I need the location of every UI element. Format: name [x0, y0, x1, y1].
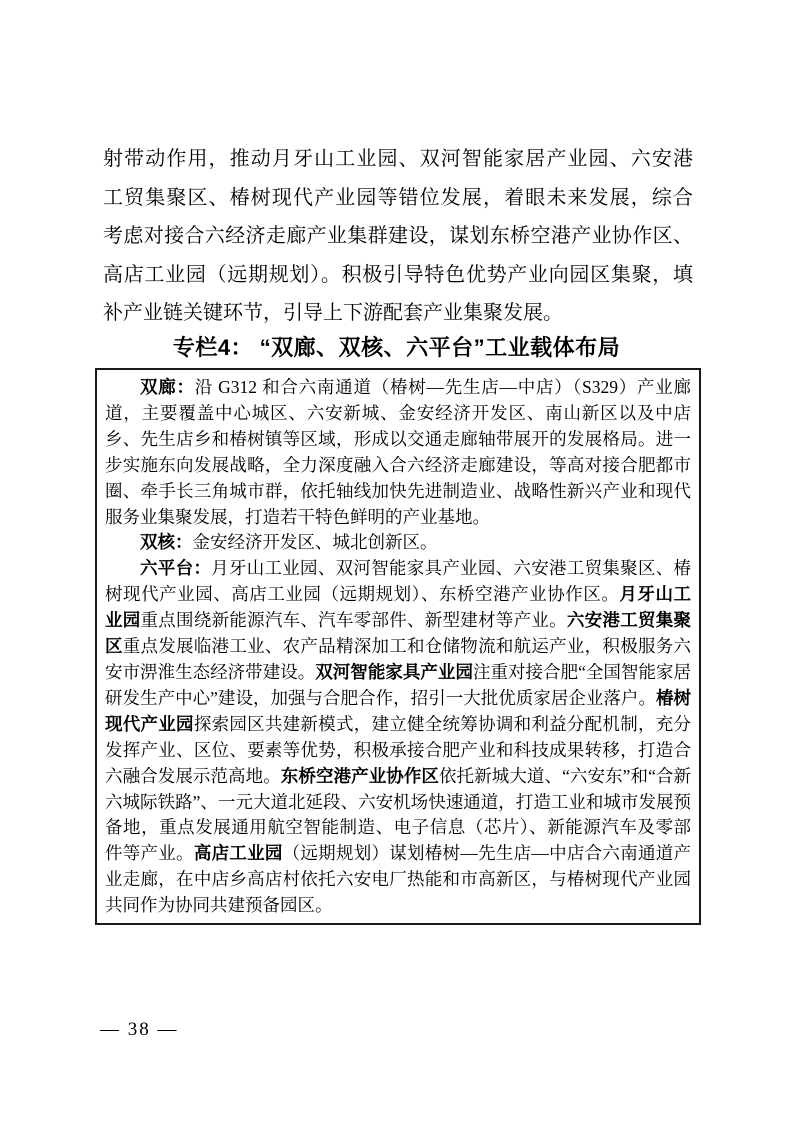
box-paragraph: 双廊：沿 G312 和合六南通道（椿树—先生店—中店）（S329）产业廊道，主要… [105, 375, 691, 530]
text-run: 沿 G312 和合六南通道（椿树—先生店—中店）（S329）产业廊道，主要覆盖中… [105, 377, 691, 527]
bold-term: 双河智能家具产业园 [315, 662, 473, 682]
intro-line: 工贸集聚区、椿树现代产业园等错位发展，着眼未来发展，综合 [103, 179, 693, 218]
box-panel: 双廊：沿 G312 和合六南通道（椿树—先生店—中店）（S329）产业廊道，主要… [95, 368, 701, 925]
intro-paragraph: 射带动作用，推动月牙山工业园、双河智能家居产业园、六安港工贸集聚区、椿树现代产业… [103, 140, 693, 333]
bold-term: 高店工业园 [194, 843, 283, 863]
text-run: 重点围绕新能源汽车、汽车零部件、新型建材等产业。 [141, 610, 567, 630]
box-paragraph: 双核：金安经济开发区、城北创新区。 [105, 530, 691, 556]
bold-term: 六平台： [140, 558, 211, 578]
intro-line: 射带动作用，推动月牙山工业园、双河智能家居产业园、六安港 [103, 140, 693, 179]
document-page: 射带动作用，推动月牙山工业园、双河智能家居产业园、六安港工贸集聚区、椿树现代产业… [0, 0, 793, 1122]
text-run: 金安经济开发区、城北创新区。 [193, 532, 438, 552]
intro-line: 高店工业园（远期规划）。积极引导特色优势产业向园区集聚，填 [103, 256, 693, 295]
box-paragraph: 六平台：月牙山工业园、双河智能家具产业园、六安港工贸集聚区、椿树现代产业园、高店… [105, 556, 691, 919]
bold-term: 东桥空港产业协作区 [281, 766, 439, 786]
page-number: — 38 — [100, 1018, 179, 1042]
box-title: 专栏4： “双廊、双核、六平台”工业载体布局 [0, 334, 793, 362]
bold-term: 双廊： [140, 377, 195, 397]
bold-term: 双核： [140, 532, 193, 552]
intro-line: 补产业链关键环节，引导上下游配套产业集聚发展。 [103, 294, 693, 333]
intro-line: 考虑对接合六经济走廊产业集群建设，谋划东桥空港产业协作区、 [103, 217, 693, 256]
